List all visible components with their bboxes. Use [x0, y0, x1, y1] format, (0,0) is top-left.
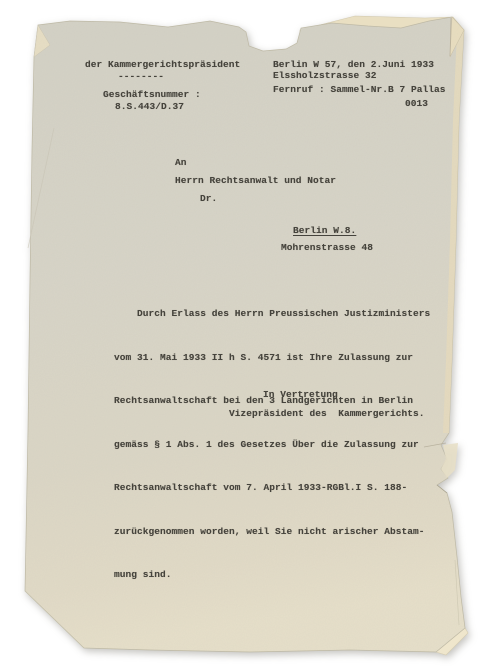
document-scan: der Kammergerichtspräsident -------- Ges… [0, 0, 493, 672]
recipient-street: Mohrenstrasse 48 [281, 241, 373, 256]
sender-street-line: Elssholzstrasse 32 [273, 69, 377, 84]
body-line: Rechtsanwaltschaft vom 7. April 1933-RGB… [114, 481, 430, 496]
phone-number-line: 0013 [405, 97, 428, 112]
closing-signature-title: Vizepräsident des Kammergerichts. [229, 407, 425, 422]
phone-line: Fernruf : Sammel-Nr.B 7 Pallas [273, 83, 446, 98]
body-line: zurückgenommen worden, weil Sie nicht ar… [114, 525, 430, 540]
sender-rule: -------- [118, 70, 164, 85]
body-line: gemäss § 1 Abs. 1 des Gesetzes Über die … [114, 438, 430, 453]
file-number: 8.S.443/D.37 [115, 100, 184, 115]
recipient-salutation: An [175, 156, 187, 171]
body-line: Durch Erlass des Herrn Preussischen Just… [114, 307, 430, 322]
body-paragraph: Durch Erlass des Herrn Preussischen Just… [114, 278, 430, 612]
body-line: mung sind. [114, 568, 430, 583]
recipient-city: Berlin W.8. [293, 224, 356, 239]
recipient-title: Dr. [200, 192, 217, 207]
recipient-addressee: Herrn Rechtsanwalt und Notar [175, 174, 336, 189]
body-line: vom 31. Mai 1933 II h S. 4571 ist Ihre Z… [114, 351, 430, 366]
closing-per-procura: In Vertretung [263, 388, 338, 403]
